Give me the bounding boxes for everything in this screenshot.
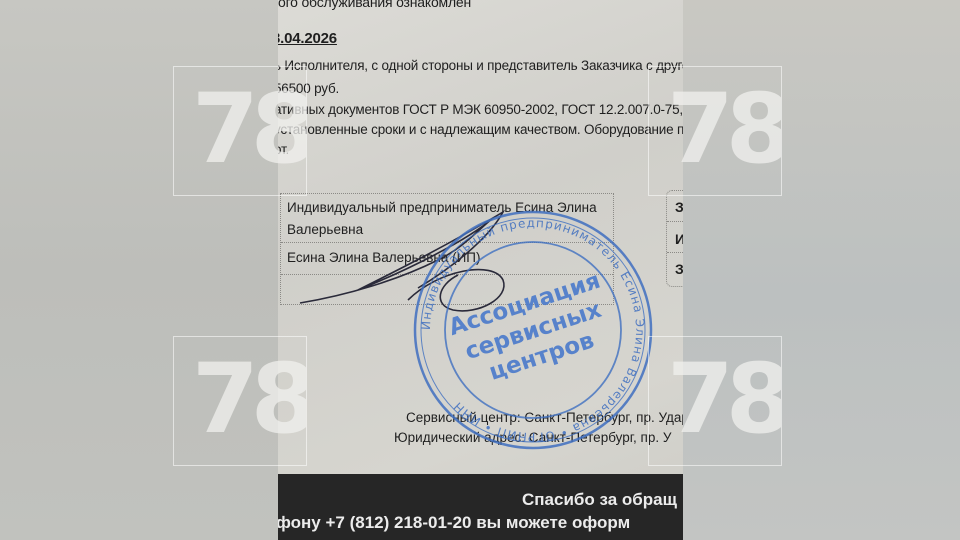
signature-table: Индивидуальный предприниматель Есина Эли…: [280, 193, 614, 305]
document-top-line: ого обслуживания ознакомлен: [278, 0, 471, 10]
stamp-center-line3: центров: [486, 327, 597, 385]
contractor-name-line1: Индивидуальный предприниматель Есина Эли…: [287, 197, 597, 219]
footer-phone: фону +7 (812) 218-01-20 вы можете оформ: [278, 513, 630, 533]
watermark-78: 78: [173, 66, 307, 196]
document-line: ь Исполнителя, с одной стороны и предста…: [278, 58, 683, 73]
document-photo: ого обслуживания ознакомлен 3.04.2026 ь …: [278, 0, 683, 540]
document-line: ативных документов ГОСТ Р МЭК 60950-2002…: [278, 102, 683, 117]
stamp-center-line2: сервисных: [462, 297, 605, 366]
watermark-78: 78: [173, 336, 307, 466]
signature-row-entity: Индивидуальный предприниматель Есина Эли…: [281, 194, 613, 243]
watermark-78: 78: [648, 66, 782, 196]
signature-row-name: Есина Элина Валерьевна (ИП): [281, 242, 613, 275]
signatory-name: Есина Элина Валерьевна (ИП): [287, 247, 480, 269]
document-date: 3.04.2026: [278, 30, 337, 47]
footer-thanks: Спасибо за обращ: [522, 490, 677, 510]
document-footer: Спасибо за обращ фону +7 (812) 218-01-20…: [278, 474, 683, 540]
service-center-address: Сервисный центр: Санкт-Петербург, пр. Уд…: [406, 410, 683, 425]
contractor-name-line2: Валерьевна: [287, 219, 597, 241]
document-line: установленные сроки и с надлежащим качес…: [278, 122, 683, 137]
watermark-78: 78: [648, 336, 782, 466]
legal-address: Юридический адрес: Санкт-Петербург, пр. …: [394, 430, 671, 445]
customer-table-partial: З И За: [666, 190, 683, 287]
